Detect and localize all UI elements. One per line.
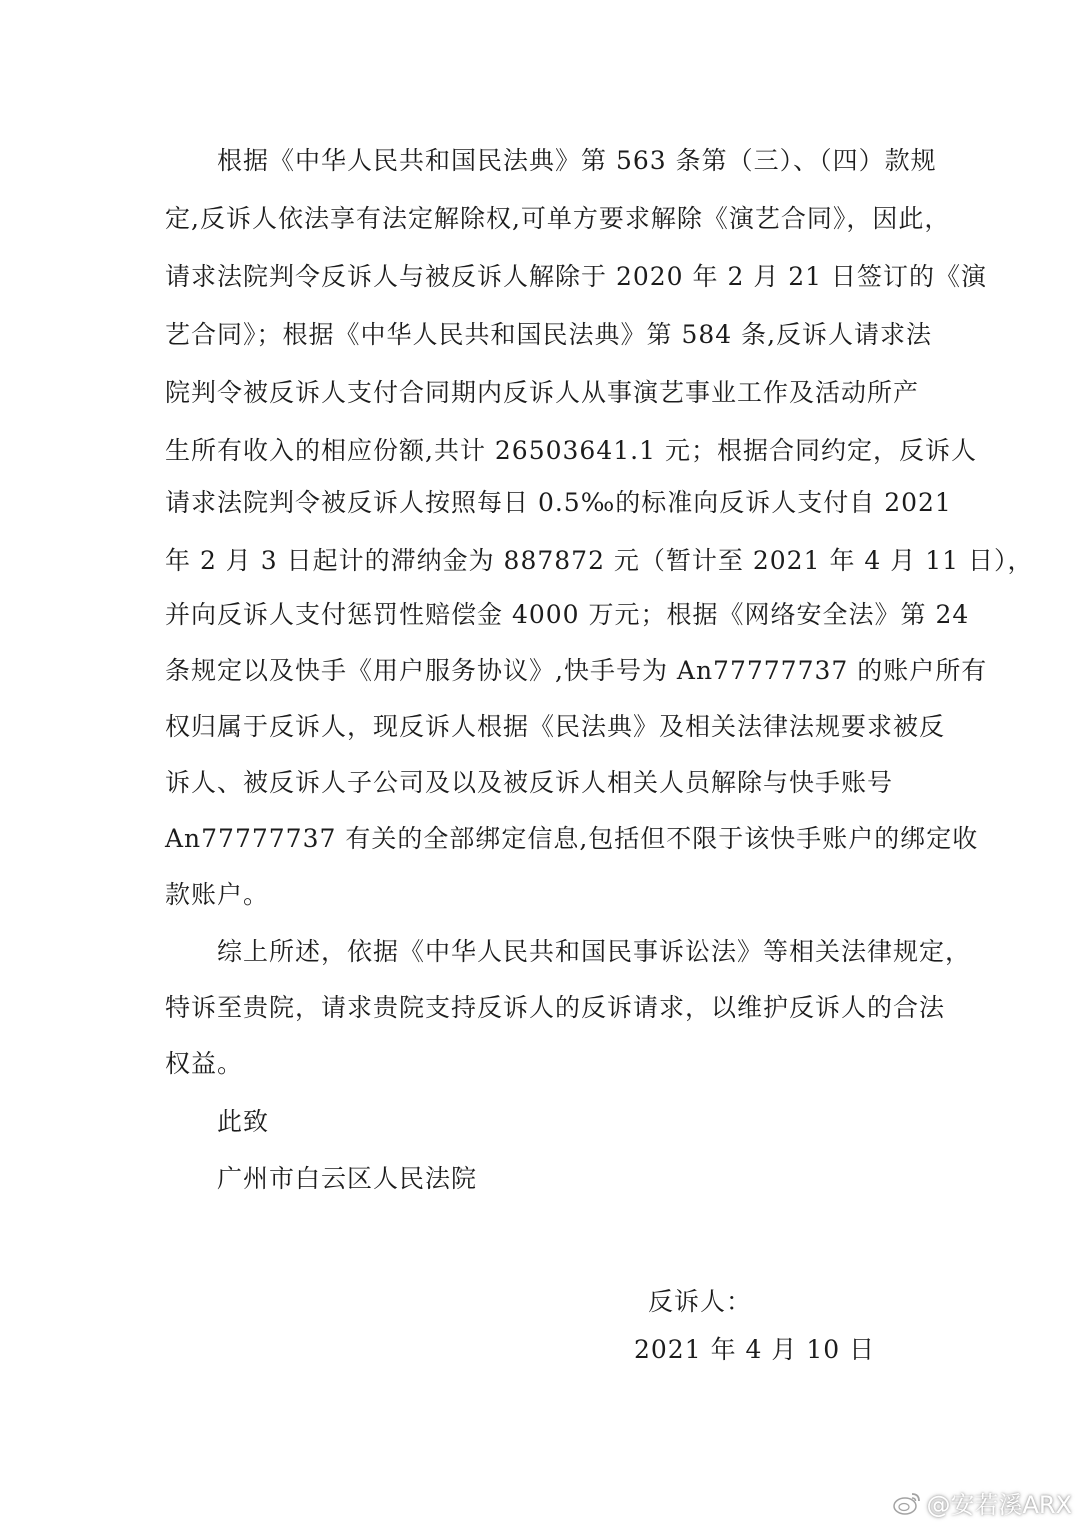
- watermark-text: @安若溪ARX: [926, 1485, 1072, 1520]
- court-addressee: 广州市白云区人民法院: [217, 1164, 477, 1194]
- document-date: 2021 年 4 月 10 日: [634, 1335, 875, 1365]
- signature-label: 反诉人：: [648, 1287, 752, 1317]
- paragraph-1-line-7: 请求法院判令被反诉人按照每日 0.5‰的标准向反诉人支付自 2021: [165, 488, 915, 518]
- paragraph-2-line-1: 综上所述，依据《中华人民共和国民事诉讼法》等相关法律规定，: [217, 937, 971, 967]
- paragraph-2-line-2: 特诉至贵院，请求贵院支持反诉人的反诉请求，以维护反诉人的合法: [165, 993, 915, 1023]
- paragraph-1-line-8: 年 2 月 3 日起计的滞纳金为 887872 元（暂计至 2021 年 4 月…: [165, 546, 915, 576]
- paragraph-1-line-12: 诉人、被反诉人子公司及以及被反诉人相关人员解除与快手账号: [165, 768, 915, 798]
- paragraph-1-line-11: 权归属于反诉人，现反诉人根据《民法典》及相关法律法规要求被反: [165, 712, 915, 742]
- closing-salutation: 此致: [217, 1107, 269, 1137]
- weibo-icon: [892, 1490, 922, 1516]
- paragraph-1-line-9: 并向反诉人支付惩罚性赔偿金 4000 万元；根据《网络安全法》第 24: [165, 600, 915, 630]
- paragraph-1-line-13: An77777737 有关的全部绑定信息,包括但不限于该快手账户的绑定收: [165, 824, 915, 854]
- paragraph-1-line-10: 条规定以及快手《用户服务协议》,快手号为 An77777737 的账户所有: [165, 656, 915, 686]
- paragraph-1-line-4: 艺合同》；根据《中华人民共和国民法典》第 584 条,反诉人请求法: [165, 320, 915, 350]
- paragraph-1-line-1: 根据《中华人民共和国民法典》第 563 条第（三）、（四）款规: [217, 146, 937, 176]
- paragraph-1-line-6: 生所有收入的相应份额,共计 26503641.1 元；根据合同约定，反诉人: [165, 436, 915, 466]
- paragraph-1-line-2: 定,反诉人依法享有法定解除权,可单方要求解除《演艺合同》，因此，: [165, 204, 915, 234]
- paragraph-1-line-5: 院判令被反诉人支付合同期内反诉人从事演艺事业工作及活动所产: [165, 378, 915, 408]
- document-page: 根据《中华人民共和国民法典》第 563 条第（三）、（四）款规 定,反诉人依法享…: [0, 0, 1080, 1528]
- weibo-watermark: @安若溪ARX: [892, 1485, 1072, 1520]
- paragraph-1-line-14: 款账户。: [165, 880, 915, 910]
- paragraph-1-line-3: 请求法院判令反诉人与被反诉人解除于 2020 年 2 月 21 日签订的《演: [165, 262, 915, 292]
- paragraph-2-line-3: 权益。: [165, 1049, 915, 1079]
